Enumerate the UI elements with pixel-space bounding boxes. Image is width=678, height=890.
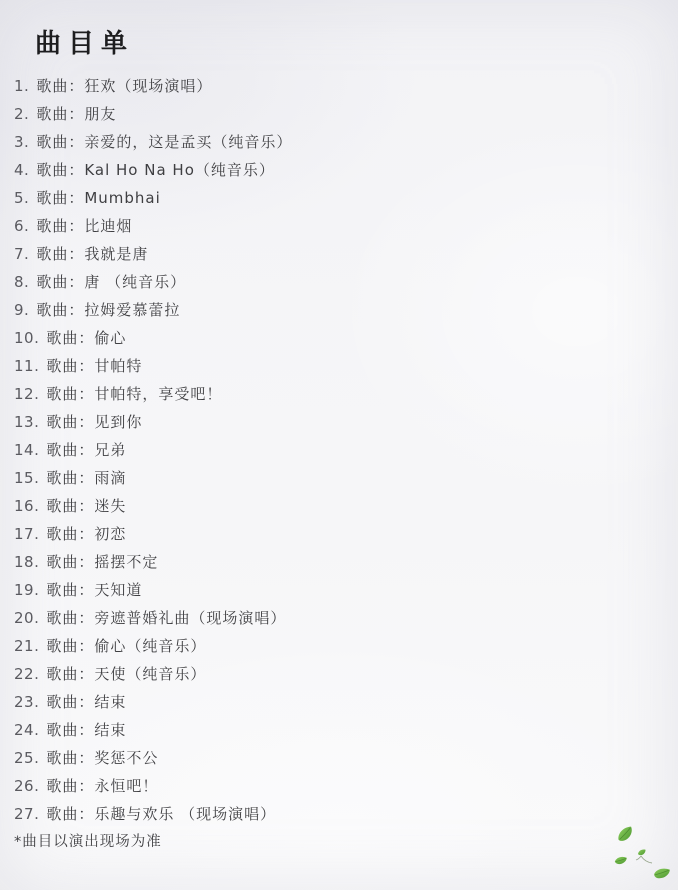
- song-title: 歌曲：结束: [46, 721, 126, 739]
- song-title: 歌曲：亲爱的，这是孟买（纯音乐）: [36, 133, 292, 151]
- list-item: 27.歌曲：乐趣与欢乐 （现场演唱）: [14, 800, 658, 828]
- song-number: 15.: [14, 469, 39, 487]
- list-item: 6.歌曲：比迪烟: [14, 212, 658, 240]
- song-number: 25.: [14, 749, 39, 767]
- song-number: 6.: [14, 217, 29, 235]
- song-number: 8.: [14, 273, 29, 291]
- song-number: 19.: [14, 581, 39, 599]
- list-item: 23.歌曲：结束: [14, 688, 658, 716]
- footnote: *曲目以演出现场为准: [14, 828, 658, 856]
- song-title: 歌曲：迷失: [46, 497, 126, 515]
- list-item: 5.歌曲：Mumbhai: [14, 184, 658, 212]
- list-item: 21.歌曲：偷心（纯音乐）: [14, 632, 658, 660]
- song-title: 歌曲：兄弟: [46, 441, 126, 459]
- list-item: 25.歌曲：奖惩不公: [14, 744, 658, 772]
- list-item: 10.歌曲：偷心: [14, 324, 658, 352]
- song-number: 11.: [14, 357, 39, 375]
- song-title: 歌曲：Mumbhai: [36, 189, 160, 207]
- song-title: 歌曲：唐 （纯音乐）: [36, 273, 186, 291]
- song-title: 歌曲：Kal Ho Na Ho（纯音乐）: [36, 161, 275, 179]
- list-item: 17.歌曲：初恋: [14, 520, 658, 548]
- song-number: 14.: [14, 441, 39, 459]
- song-number: 2.: [14, 105, 29, 123]
- track-list-page: 曲目单 1.歌曲：狂欢（现场演唱） 2.歌曲：朋友 3.歌曲：亲爱的，这是孟买（…: [0, 0, 678, 890]
- leaf-icon: [614, 855, 626, 865]
- song-title: 歌曲：旁遮普婚礼曲（现场演唱）: [46, 609, 286, 627]
- song-number: 5.: [14, 189, 29, 207]
- song-title: 歌曲：比迪烟: [36, 217, 132, 235]
- song-title: 歌曲：偷心: [46, 329, 126, 347]
- song-title: 歌曲：甘帕特，享受吧！: [46, 385, 222, 403]
- list-item: 1.歌曲：狂欢（现场演唱）: [14, 72, 658, 100]
- list-item: 26.歌曲：永恒吧！: [14, 772, 658, 800]
- leaf-icon: [654, 867, 670, 879]
- list-item: 13.歌曲：见到你: [14, 408, 658, 436]
- song-number: 26.: [14, 777, 39, 795]
- song-title: 歌曲：偷心（纯音乐）: [46, 637, 206, 655]
- list-item: 4.歌曲：Kal Ho Na Ho（纯音乐）: [14, 156, 658, 184]
- song-title: 歌曲：拉姆爱慕蕾拉: [36, 301, 180, 319]
- list-item: 19.歌曲：天知道: [14, 576, 658, 604]
- song-number: 12.: [14, 385, 39, 403]
- song-title: 歌曲：初恋: [46, 525, 126, 543]
- song-number: 10.: [14, 329, 39, 347]
- song-number: 13.: [14, 413, 39, 431]
- song-number: 24.: [14, 721, 39, 739]
- song-list: 1.歌曲：狂欢（现场演唱） 2.歌曲：朋友 3.歌曲：亲爱的，这是孟买（纯音乐）…: [14, 72, 658, 828]
- song-title: 歌曲：雨滴: [46, 469, 126, 487]
- song-number: 27.: [14, 805, 39, 823]
- page-title: 曲目单: [35, 30, 658, 58]
- song-title: 歌曲：永恒吧！: [46, 777, 158, 795]
- song-title: 歌曲：见到你: [46, 413, 142, 431]
- list-item: 11.歌曲：甘帕特: [14, 352, 658, 380]
- list-item: 8.歌曲：唐 （纯音乐）: [14, 268, 658, 296]
- list-item: 16.歌曲：迷失: [14, 492, 658, 520]
- list-item: 12.歌曲：甘帕特，享受吧！: [14, 380, 658, 408]
- song-number: 22.: [14, 665, 39, 683]
- song-title: 歌曲：朋友: [36, 105, 116, 123]
- song-title: 歌曲：乐趣与欢乐 （现场演唱）: [46, 805, 276, 823]
- song-number: 9.: [14, 301, 29, 319]
- song-number: 3.: [14, 133, 29, 151]
- list-item: 9.歌曲：拉姆爱慕蕾拉: [14, 296, 658, 324]
- song-number: 21.: [14, 637, 39, 655]
- song-title: 歌曲：天知道: [46, 581, 142, 599]
- song-number: 20.: [14, 609, 39, 627]
- song-title: 歌曲：甘帕特: [46, 357, 142, 375]
- song-number: 4.: [14, 161, 29, 179]
- song-title: 歌曲：天使（纯音乐）: [46, 665, 206, 683]
- song-title: 歌曲：奖惩不公: [46, 749, 158, 767]
- list-item: 7.歌曲：我就是唐: [14, 240, 658, 268]
- song-title: 歌曲：摇摆不定: [46, 553, 158, 571]
- song-number: 1.: [14, 77, 29, 95]
- list-item: 3.歌曲：亲爱的，这是孟买（纯音乐）: [14, 128, 658, 156]
- song-number: 18.: [14, 553, 39, 571]
- song-number: 16.: [14, 497, 39, 515]
- song-number: 7.: [14, 245, 29, 263]
- song-title: 歌曲：狂欢（现场演唱）: [36, 77, 212, 95]
- list-item: 18.歌曲：摇摆不定: [14, 548, 658, 576]
- list-item: 14.歌曲：兄弟: [14, 436, 658, 464]
- song-title: 歌曲：结束: [46, 693, 126, 711]
- song-title: 歌曲：我就是唐: [36, 245, 148, 263]
- song-number: 23.: [14, 693, 39, 711]
- list-item: 24.歌曲：结束: [14, 716, 658, 744]
- list-item: 20.歌曲：旁遮普婚礼曲（现场演唱）: [14, 604, 658, 632]
- list-item: 22.歌曲：天使（纯音乐）: [14, 660, 658, 688]
- song-number: 17.: [14, 525, 39, 543]
- list-item: 2.歌曲：朋友: [14, 100, 658, 128]
- list-item: 15.歌曲：雨滴: [14, 464, 658, 492]
